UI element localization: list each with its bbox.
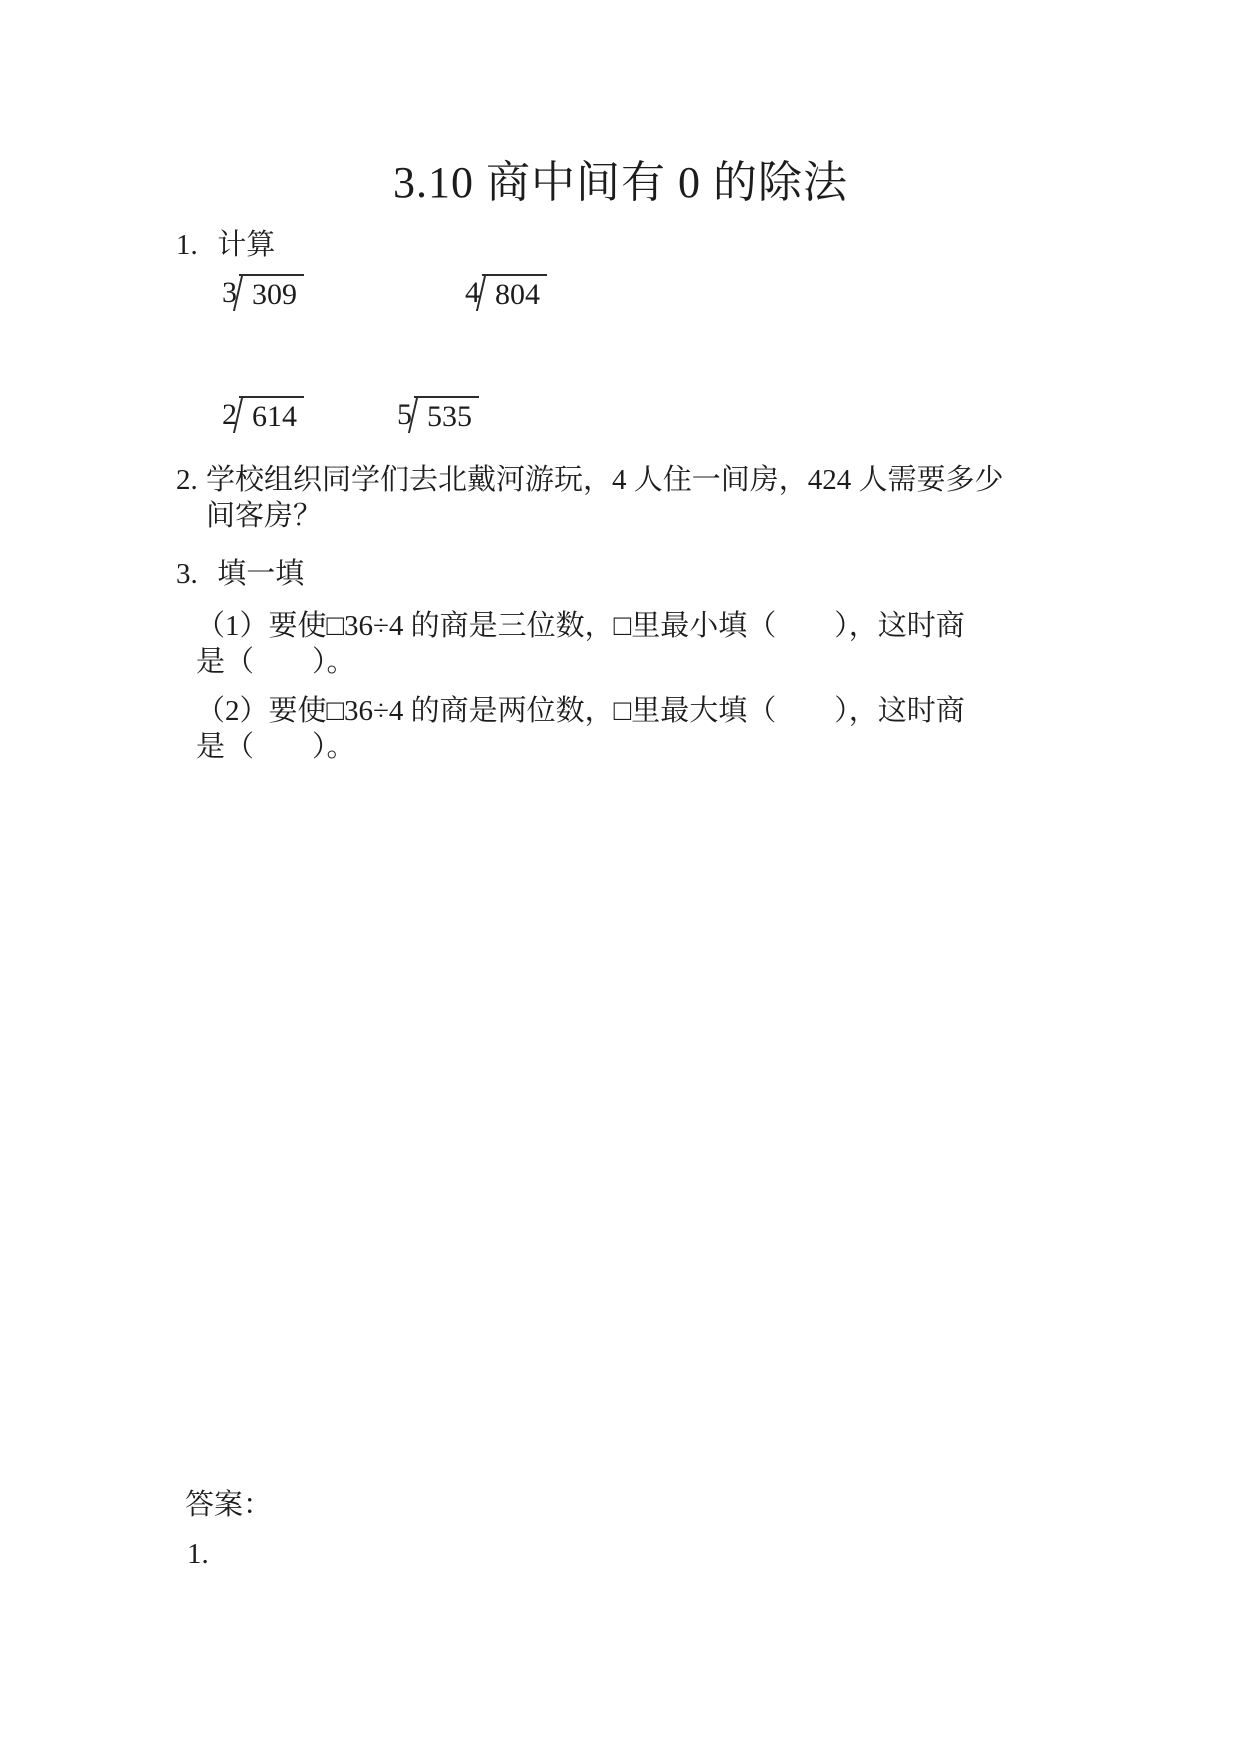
dividend: 804 [482,274,547,311]
question-3-sub-1: （1）要使□36÷4 的商是三位数，□里最小填（ ），这时商 是（ ）。 [196,608,1026,680]
question-2-line-2: 间客房？ [206,498,1004,534]
question-2-text: 学校组织同学们去北戴河游玩，4 人住一间房，424 人需要多少 间客房？ [206,462,1004,534]
question-2-line-1: 学校组织同学们去北戴河游玩，4 人住一间房，424 人需要多少 [206,462,1004,498]
long-division-problem-3: 2 614 [222,396,304,433]
worksheet-page: 3.10 商中间有 0 的除法 1. 计算 3 309 4 804 2 614 … [0,0,1241,1754]
question-3-sub-2-line-2: 是（ ）。 [196,729,1026,765]
question-1-label: 计算 [217,229,275,261]
long-division-problem-4: 5 535 [397,396,479,433]
question-3-label: 填一填 [217,558,304,590]
question-3-sub-2-line-1: （2）要使□36÷4 的商是两位数，□里最大填（ ），这时商 [196,693,1026,729]
question-3-heading: 3. 填一填 [176,551,304,592]
dividend: 309 [239,274,304,311]
question-3-sub-2: （2）要使□36÷4 的商是两位数，□里最大填（ ），这时商 是（ ）。 [196,693,1026,765]
question-1-number: 1. [176,229,202,262]
question-1-heading: 1. 计算 [176,222,275,263]
question-3-sub-1-line-2: 是（ ）。 [196,644,1026,680]
answers-label: 答案： [185,1482,272,1523]
question-2: 2. 学校组织同学们去北戴河游玩，4 人住一间房，424 人需要多少 间客房？ [176,462,1016,534]
long-division-problem-1: 3 309 [222,274,304,311]
dividend: 535 [414,396,479,433]
long-division-problem-2: 4 804 [465,274,547,311]
question-3-number: 3. [176,558,202,591]
question-2-number: 2. [176,462,206,534]
answer-item-1: 1. [187,1538,209,1571]
page-title: 3.10 商中间有 0 的除法 [0,146,1241,210]
dividend: 614 [239,396,304,433]
question-3-sub-1-line-1: （1）要使□36÷4 的商是三位数，□里最小填（ ），这时商 [196,608,1026,644]
